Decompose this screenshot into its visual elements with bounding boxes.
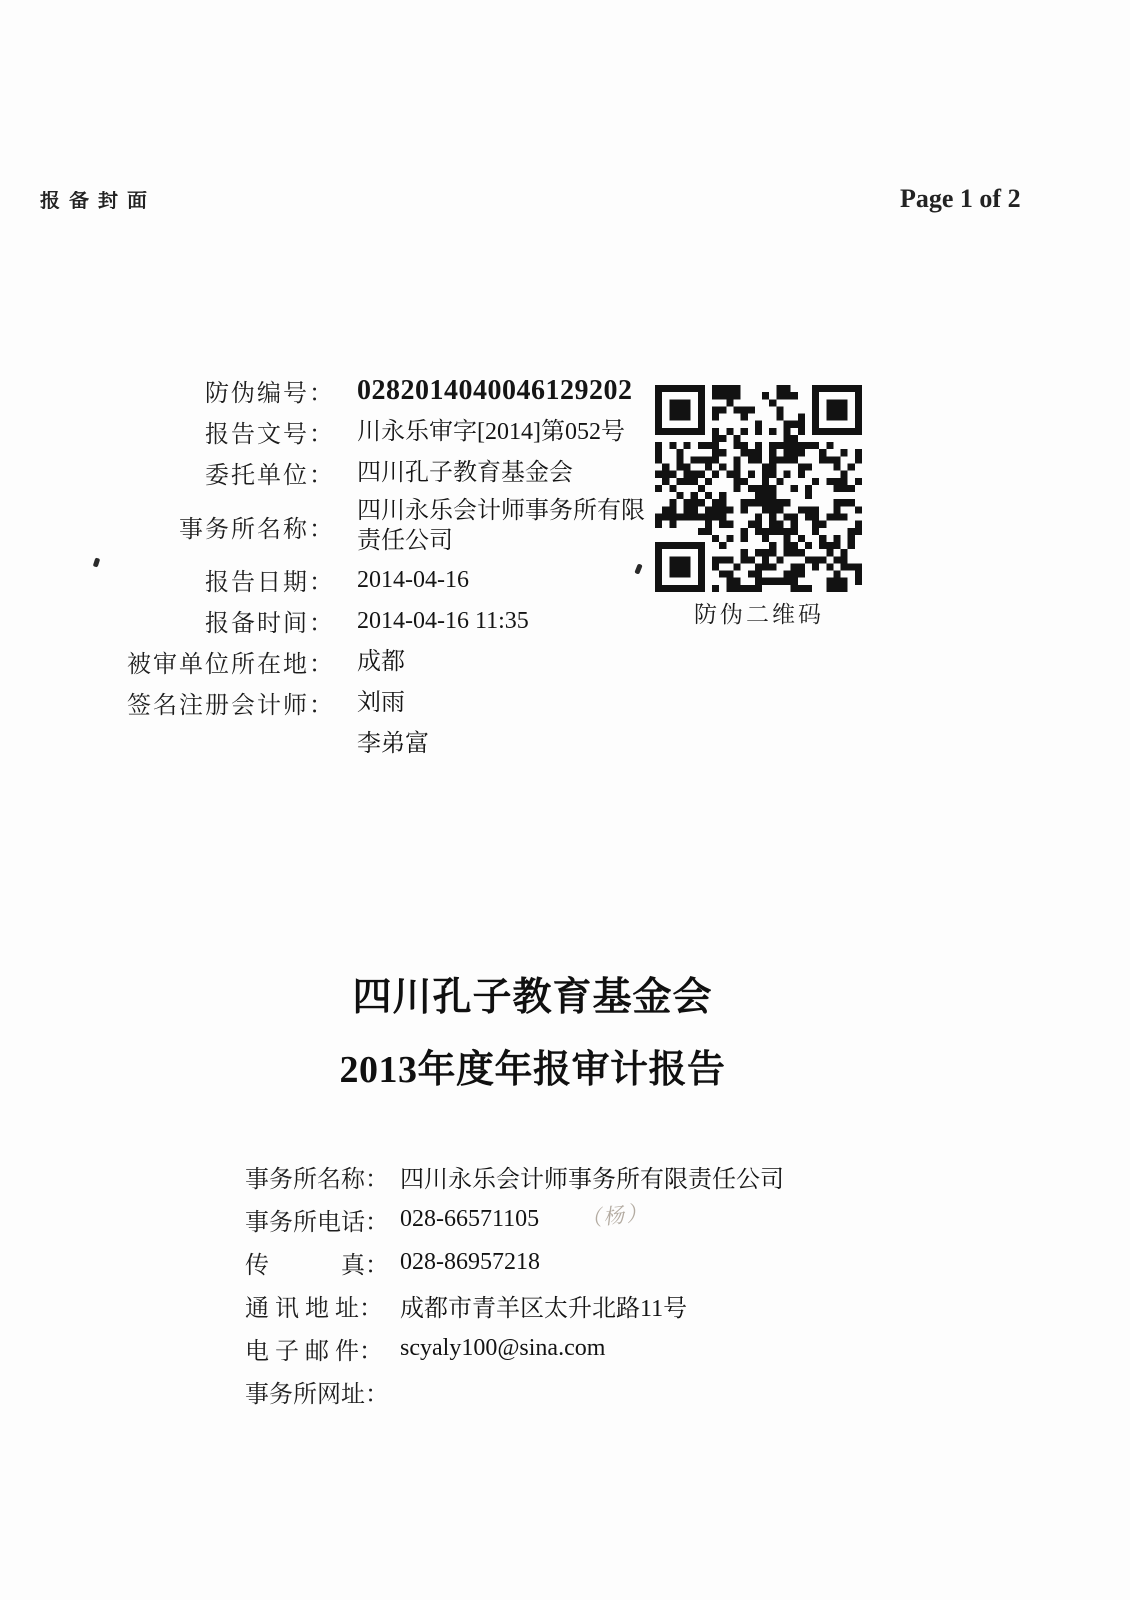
table-row: 报备时间： 2014-04-16 11:35 [118,600,677,641]
anti-forgery-qr-code [655,385,862,592]
table-row: 签名注册会计师： 刘雨 [118,682,677,723]
phone-number: 028-66571105 [400,1206,539,1232]
contact-row: 事务所网址： [245,1370,784,1413]
page-number: Page 1 of 2 [900,183,1021,213]
field-label-report-date: 报告日期： [118,562,335,597]
table-row: 防伪编号： 0282014040046129202 [118,370,677,411]
field-value-client: 四川孔子教育基金会 [357,458,657,488]
firm-contact-block: 事务所名称： 四川永乐会计师事务所有限责任公司 事务所电话： 028-66571… [245,1155,784,1413]
document-title-org: 四川孔子教育基金会 [0,966,1065,1022]
document-title-report: 2013年度年报审计报告 [0,1038,1065,1093]
field-value-report-no: 川永乐审字[2014]第052号 [357,417,657,447]
contact-label-email: 电 子 邮 件： [245,1331,400,1366]
contact-value-firm-name: 四川永乐会计师事务所有限责任公司 [400,1159,784,1194]
document-page: 报备封面 Page 1 of 2 防伪编号： 02820140400461292… [0,0,1130,1600]
scan-mark [93,557,101,567]
table-row: 被审单位所在地： 成都 [118,641,677,682]
field-label-signing-cpa: 签名注册会计师： [118,685,335,720]
contact-row: 电 子 邮 件： scyaly100@sina.com [245,1327,784,1370]
table-row: 报告日期： 2014-04-16 [118,559,677,600]
contact-value-fax: 028-86957218 [400,1249,540,1276]
page-header-label: 报备封面 [40,191,156,209]
contact-label-firm-name: 事务所名称： [245,1159,400,1194]
contact-row: 事务所电话： 028-66571105 （杨） [245,1198,784,1241]
field-value-firm-name: 四川永乐会计师事务所有限责任公司 [357,496,657,556]
table-row: 李弟富 [118,723,677,764]
table-row: 报告文号： 川永乐审字[2014]第052号 [118,411,677,452]
field-value-auditee-location: 成都 [357,647,657,677]
filing-info-table: 防伪编号： 0282014040046129202 报告文号： 川永乐审字[20… [118,370,677,764]
contact-row: 传 真： 028-86957218 [245,1241,784,1284]
field-label-security-no: 防伪编号： [118,373,335,408]
qr-caption: 防伪二维码 [650,596,868,629]
table-row: 委托单位： 四川孔子教育基金会 [118,452,677,493]
field-label-firm-name: 事务所名称： [118,509,335,544]
contact-value-phone: 028-66571105 （杨） [400,1206,539,1233]
handwritten-annotation: （杨） [578,1196,650,1234]
field-value-filing-time: 2014-04-16 11:35 [357,606,657,636]
contact-row: 通 讯 地 址： 成都市青羊区太升北路11号 [245,1284,784,1327]
table-row: 事务所名称： 四川永乐会计师事务所有限责任公司 [118,493,677,559]
contact-value-email: scyaly100@sina.com [400,1335,605,1362]
contact-row: 事务所名称： 四川永乐会计师事务所有限责任公司 [245,1155,784,1198]
field-value-security-no: 0282014040046129202 [357,376,677,406]
contact-label-website: 事务所网址： [245,1374,400,1409]
contact-label-fax: 传 真： [245,1245,400,1280]
field-value-signing-cpa-2: 李弟富 [357,729,657,759]
field-label-filing-time: 报备时间： [118,603,335,638]
contact-label-phone: 事务所电话： [245,1202,400,1237]
field-value-report-date: 2014-04-16 [357,565,657,595]
contact-value-address: 成都市青羊区太升北路11号 [400,1288,687,1323]
contact-label-address: 通 讯 地 址： [245,1288,400,1323]
field-label-auditee-location: 被审单位所在地： [118,644,335,679]
field-label-report-no: 报告文号： [118,414,335,449]
field-value-signing-cpa-1: 刘雨 [357,688,657,718]
field-label-client: 委托单位： [118,455,335,490]
